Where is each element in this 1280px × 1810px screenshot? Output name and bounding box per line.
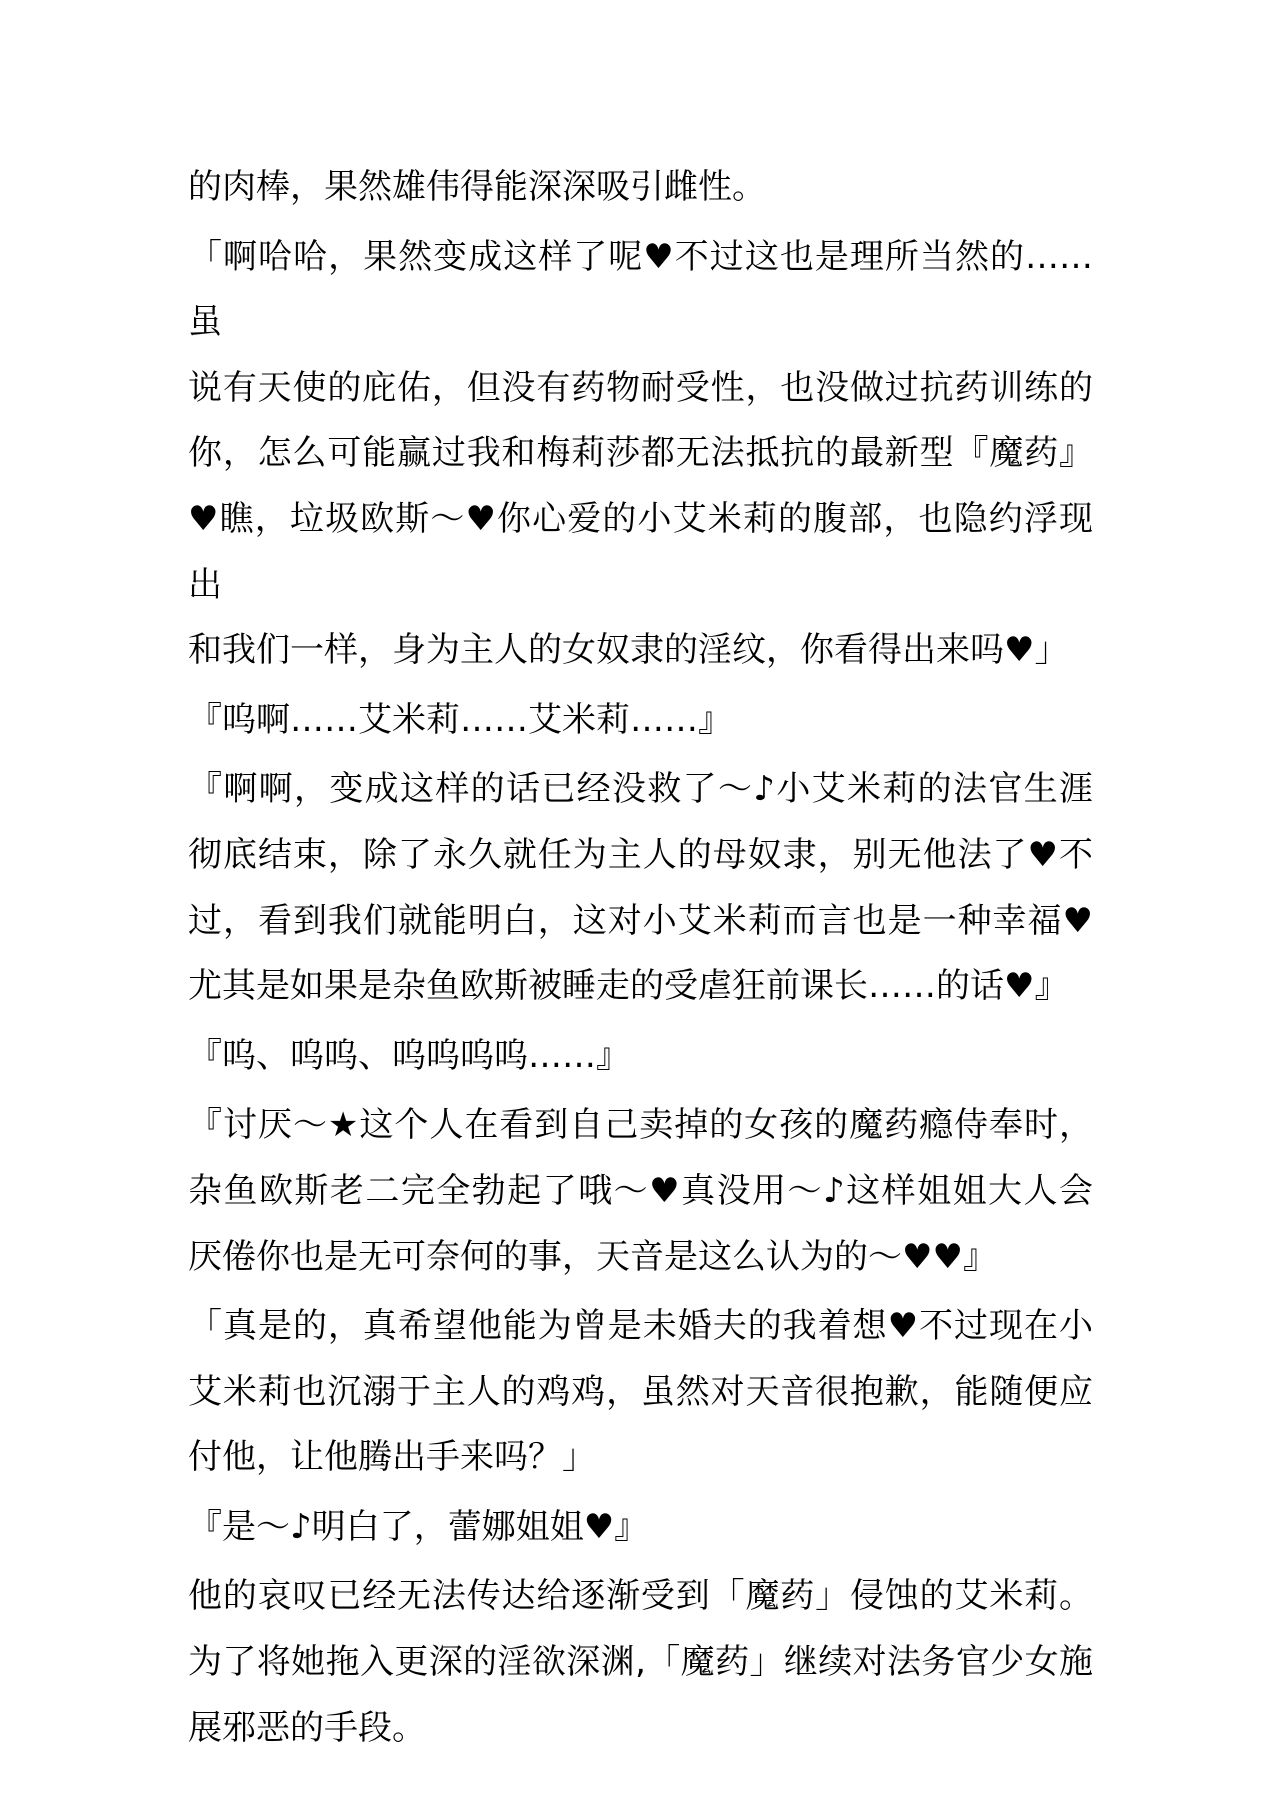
paragraph: 「啊哈哈，果然变成这样了呢♥不过这也是理所当然的……虽说有天使的庇佑，但没有药物…: [188, 225, 1093, 684]
text-line: 厌倦你也是无可奈何的事，天音是这么认为的～♥♥』: [188, 1225, 1093, 1291]
paragraph: 的肉棒，果然雄伟得能深深吸引雌性。: [188, 155, 1093, 221]
text-line: 付他，让他腾出手来吗？」: [188, 1425, 1093, 1491]
text-line: 的肉棒，果然雄伟得能深深吸引雌性。: [188, 155, 1093, 221]
text-line: 尤其是如果是杂鱼欧斯被睡走的受虐狂前课长……的话♥』: [188, 954, 1093, 1020]
paragraph: 『呜、呜呜、呜呜呜呜……』: [188, 1024, 1093, 1090]
text-line: 你，怎么可能赢过我和梅莉莎都无法抵抗的最新型『魔药』: [188, 421, 1093, 487]
text-line: 「啊哈哈，果然变成这样了呢♥不过这也是理所当然的……虽: [188, 225, 1093, 356]
paragraph: 『啊啊，变成这样的话已经没救了～♪小艾米莉的法官生涯彻底结束，除了永久就任为主人…: [188, 757, 1093, 1019]
text-line: 彻底结束，除了永久就任为主人的母奴隶，别无他法了♥不: [188, 823, 1093, 889]
text-line: 杂鱼欧斯老二完全勃起了哦～♥真没用～♪这样姐姐大人会: [188, 1159, 1093, 1225]
text-line: 『呜、呜呜、呜呜呜呜……』: [188, 1024, 1093, 1090]
text-line: 『呜啊……艾米莉……艾米莉……』: [188, 688, 1093, 754]
text-line: 和我们一样，身为主人的女奴隶的淫纹，你看得出来吗♥」: [188, 618, 1093, 684]
text-line: 过，看到我们就能明白，这对小艾米莉而言也是一种幸福♥: [188, 889, 1093, 955]
text-line: 『是～♪明白了，蕾娜姐姐♥』: [188, 1495, 1093, 1561]
text-line: 艾米莉也沉溺于主人的鸡鸡，虽然对天音很抱歉，能随便应: [188, 1360, 1093, 1426]
document-body: 的肉棒，果然雄伟得能深深吸引雌性。「啊哈哈，果然变成这样了呢♥不过这也是理所当然…: [188, 155, 1093, 1761]
text-line: 「真是的，真希望他能为曾是未婚夫的我着想♥不过现在小: [188, 1294, 1093, 1360]
paragraph: 『呜啊……艾米莉……艾米莉……』: [188, 688, 1093, 754]
paragraph: 「真是的，真希望他能为曾是未婚夫的我着想♥不过现在小艾米莉也沉溺于主人的鸡鸡，虽…: [188, 1294, 1093, 1491]
text-line: 『讨厌～★这个人在看到自己卖掉的女孩的魔药瘾侍奉时，: [188, 1093, 1093, 1159]
text-line: 他的哀叹已经无法传达给逐渐受到「魔药」侵蚀的艾米莉。: [188, 1564, 1093, 1630]
text-line: 为了将她拖入更深的淫欲深渊,「魔药」继续对法务官少女施: [188, 1630, 1093, 1696]
text-line: 说有天使的庇佑，但没有药物耐受性，也没做过抗药训练的: [188, 356, 1093, 422]
paragraph: 他的哀叹已经无法传达给逐渐受到「魔药」侵蚀的艾米莉。为了将她拖入更深的淫欲深渊,…: [188, 1564, 1093, 1761]
text-line: ♥瞧，垃圾欧斯～♥你心爱的小艾米莉的腹部，也隐约浮现出: [188, 487, 1093, 618]
text-line: 展邪恶的手段。: [188, 1696, 1093, 1762]
paragraph: 『讨厌～★这个人在看到自己卖掉的女孩的魔药瘾侍奉时，杂鱼欧斯老二完全勃起了哦～♥…: [188, 1093, 1093, 1290]
text-line: 『啊啊，变成这样的话已经没救了～♪小艾米莉的法官生涯: [188, 757, 1093, 823]
paragraph: 『是～♪明白了，蕾娜姐姐♥』: [188, 1495, 1093, 1561]
page: 的肉棒，果然雄伟得能深深吸引雌性。「啊哈哈，果然变成这样了呢♥不过这也是理所当然…: [0, 0, 1280, 1810]
